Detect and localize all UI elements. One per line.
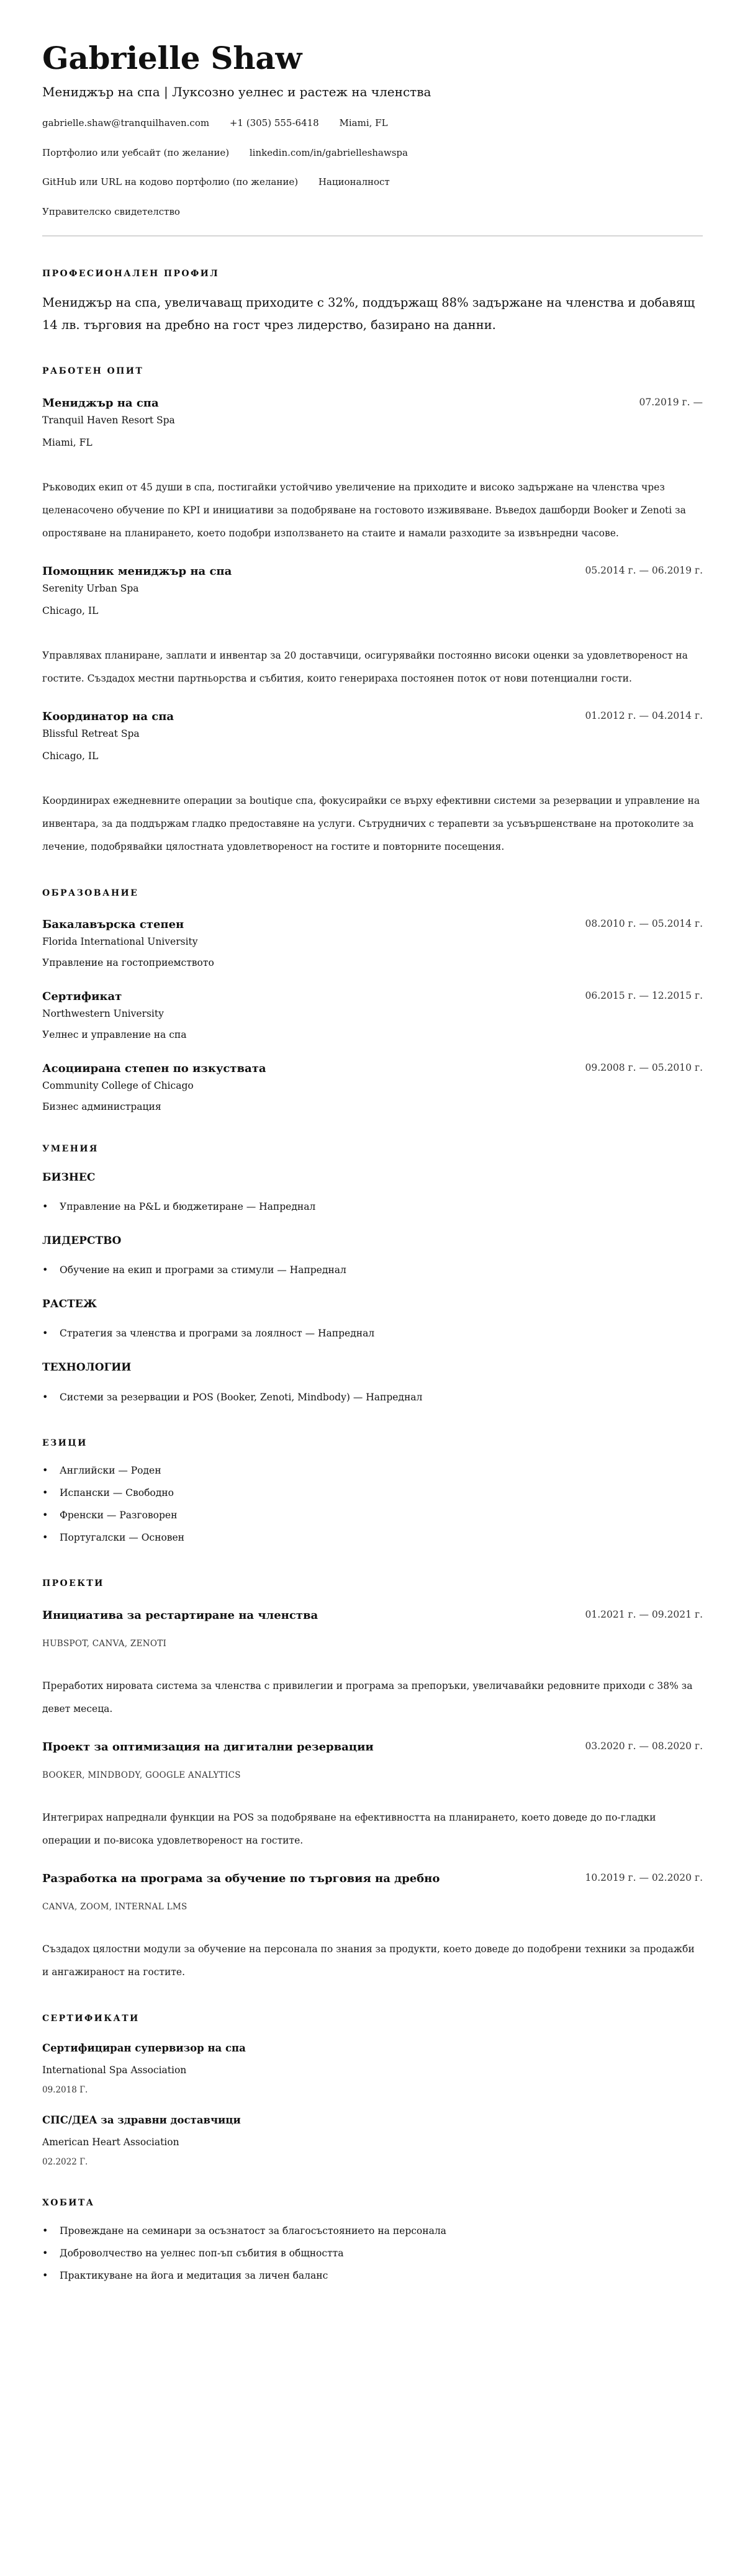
- hobbies-section: Хобита Провеждане на семинари за осъзнат…: [42, 2198, 703, 2287]
- school-name: Community College of Chicago: [42, 1078, 703, 1093]
- hobby-item: Доброволчество на уелнес поп-ъп събития …: [42, 2242, 703, 2264]
- school-name: Northwestern University: [42, 1006, 703, 1021]
- job-dates: 07.2019 г. —: [639, 394, 703, 410]
- experience-entry: Координатор на спа 01.2012 г. — 04.2014 …: [42, 708, 703, 858]
- portfolio-link[interactable]: Портфолио или уебсайт (по желание): [42, 147, 229, 158]
- github-link[interactable]: GitHub или URL на кодово портфолио (по ж…: [42, 176, 298, 187]
- education-dates: 06.2015 г. — 12.2015 г.: [585, 988, 703, 1004]
- certificate-entry: СПС/ДЕА за здравни доставчици American H…: [42, 2112, 703, 2168]
- job-dates: 01.2012 г. — 04.2014 г.: [585, 708, 703, 724]
- skill-item: Управление на P&L и бюджетиране — Напред…: [42, 1196, 703, 1218]
- header-divider: [42, 235, 703, 236]
- experience-entry: Мениджър на спа 07.2019 г. — Tranquil Ha…: [42, 394, 703, 545]
- project-tech-stack: HUBSPOT, CANVA, ZENOTI: [42, 1637, 703, 1650]
- degree-title: Асоциирана степен по изкуствата: [42, 1060, 266, 1078]
- education-entry: Сертификат 06.2015 г. — 12.2015 г. North…: [42, 988, 703, 1042]
- contact-line: Портфолио или уебсайт (по желание) linke…: [42, 147, 703, 160]
- language-item: Испански — Свободно: [42, 1482, 703, 1504]
- skill-group-title: ТЕХНОЛОГИИ: [42, 1361, 703, 1374]
- education-entry: Бакалавърска степен 08.2010 г. — 05.2014…: [42, 916, 703, 970]
- education-dates: 09.2008 г. — 05.2010 г.: [585, 1060, 703, 1076]
- resume-header: Gabrielle Shaw Мениджър на спа | Луксозн…: [42, 41, 703, 218]
- education-dates: 08.2010 г. — 05.2014 г.: [585, 916, 703, 932]
- degree-title: Сертификат: [42, 988, 122, 1006]
- project-tech-stack: CANVA, ZOOM, INTERNAL LMS: [42, 1901, 703, 1913]
- skill-group: ТЕХНОЛОГИИ Системи за резервации и POS (…: [42, 1361, 703, 1408]
- profile-summary: Мениджър на спа, увеличаващ приходите с …: [42, 292, 703, 336]
- section-title: Умения: [42, 1144, 703, 1155]
- degree-title: Бакалавърска степен: [42, 916, 184, 934]
- languages-section: Езици Английски — Роден Испански — Свобо…: [42, 1438, 703, 1549]
- job-description: Ръководих екип от 45 души в спа, постига…: [42, 476, 703, 545]
- field-of-study: Управление на гостоприемството: [42, 955, 703, 970]
- job-description: Координирах ежедневните операции за bout…: [42, 790, 703, 858]
- hobby-item: Провеждане на семинари за осъзнатост за …: [42, 2220, 703, 2242]
- skill-item: Системи за резервации и POS (Booker, Zen…: [42, 1386, 703, 1408]
- experience-section: Работен опит Мениджър на спа 07.2019 г. …: [42, 366, 703, 858]
- language-item: Френски — Разговорен: [42, 1504, 703, 1526]
- education-section: Образование Бакалавърска степен 08.2010 …: [42, 888, 703, 1115]
- certificate-issuer: International Spa Association: [42, 2063, 703, 2078]
- skill-group-title: ЛИДЕРСТВО: [42, 1234, 703, 1248]
- job-location: Chicago, IL: [42, 749, 703, 763]
- project-dates: 10.2019 г. — 02.2020 г.: [585, 1870, 703, 1886]
- location: Miami, FL: [340, 117, 388, 128]
- phone-number[interactable]: +1 (305) 555-6418: [230, 117, 319, 128]
- email-link[interactable]: gabrielle.shaw@tranquilhaven.com: [42, 117, 209, 128]
- job-location: Chicago, IL: [42, 603, 703, 618]
- projects-section: Проекти Инициатива за рестартиране на чл…: [42, 1578, 703, 1984]
- field-of-study: Уелнес и управление на спа: [42, 1027, 703, 1042]
- section-title: Образование: [42, 888, 703, 899]
- company-name: Serenity Urban Spa: [42, 581, 703, 596]
- section-title: Хобита: [42, 2198, 703, 2209]
- job-location: Miami, FL: [42, 435, 703, 450]
- linkedin-link[interactable]: linkedin.com/in/gabrielleshawspa: [250, 147, 408, 158]
- job-title: Помощник мениджър на спа: [42, 562, 232, 581]
- contact-info: gabrielle.shaw@tranquilhaven.com +1 (305…: [42, 117, 703, 218]
- section-title: Сертификати: [42, 2014, 703, 2024]
- hobby-item: Практикуване на йога и медитация за личе…: [42, 2264, 703, 2287]
- skill-item: Обучение на екип и програми за стимули —…: [42, 1259, 703, 1281]
- candidate-headline: Мениджър на спа | Луксозно уелнес и раст…: [42, 84, 703, 100]
- project-entry: Инициатива за рестартиране на членства 0…: [42, 1606, 703, 1721]
- certificate-name: Сертифициран супервизор на спа: [42, 2040, 703, 2056]
- certificate-name: СПС/ДЕА за здравни доставчици: [42, 2112, 703, 2128]
- contact-line: Управителско свидетелство: [42, 206, 703, 218]
- job-dates: 05.2014 г. — 06.2019 г.: [585, 562, 703, 579]
- section-title: Проекти: [42, 1578, 703, 1589]
- project-dates: 03.2020 г. — 08.2020 г.: [585, 1738, 703, 1754]
- section-title: Професионален профил: [42, 269, 703, 279]
- drivers-license: Управителско свидетелство: [42, 206, 180, 217]
- nationality: Националност: [318, 176, 390, 187]
- skill-item: Стратегия за членства и програми за лоял…: [42, 1322, 703, 1344]
- project-entry: Разработка на програма за обучение по тъ…: [42, 1870, 703, 1984]
- job-title: Координатор на спа: [42, 708, 174, 726]
- company-name: Tranquil Haven Resort Spa: [42, 413, 703, 428]
- section-title: Езици: [42, 1438, 703, 1449]
- job-description: Управлявах планиране, заплати и инвентар…: [42, 644, 703, 690]
- contact-line: GitHub или URL на кодово портфолио (по ж…: [42, 176, 703, 189]
- skill-group: БИЗНЕС Управление на P&L и бюджетиране —…: [42, 1171, 703, 1218]
- profile-section: Професионален профил Мениджър на спа, ув…: [42, 269, 703, 336]
- language-item: Португалски — Основен: [42, 1526, 703, 1549]
- certificate-entry: Сертифициран супервизор на спа Internati…: [42, 2040, 703, 2096]
- skill-group-title: БИЗНЕС: [42, 1171, 703, 1184]
- skill-group: ЛИДЕРСТВО Обучение на екип и програми за…: [42, 1234, 703, 1281]
- section-title: Работен опит: [42, 366, 703, 377]
- project-dates: 01.2021 г. — 09.2021 г.: [585, 1606, 703, 1623]
- certificate-issuer: American Heart Association: [42, 2135, 703, 2150]
- candidate-name: Gabrielle Shaw: [42, 41, 703, 75]
- language-item: Английски — Роден: [42, 1459, 703, 1482]
- project-name: Инициатива за рестартиране на членства: [42, 1606, 318, 1625]
- experience-entry: Помощник мениджър на спа 05.2014 г. — 06…: [42, 562, 703, 690]
- school-name: Florida International University: [42, 934, 703, 949]
- resume-page: Gabrielle Shaw Мениджър на спа | Луксозн…: [0, 0, 745, 2312]
- job-title: Мениджър на спа: [42, 394, 159, 413]
- skill-group-title: РАСТЕЖ: [42, 1297, 703, 1311]
- company-name: Blissful Retreat Spa: [42, 726, 703, 741]
- project-name: Разработка на програма за обучение по тъ…: [42, 1870, 440, 1888]
- project-description: Интегрирах напреднали функции на POS за …: [42, 1806, 703, 1852]
- project-description: Създадох цялостни модули за обучение на …: [42, 1938, 703, 1984]
- project-tech-stack: BOOKER, MINDBODY, GOOGLE ANALYTICS: [42, 1769, 703, 1781]
- contact-line: gabrielle.shaw@tranquilhaven.com +1 (305…: [42, 117, 703, 130]
- certificates-section: Сертификати Сертифициран супервизор на с…: [42, 2014, 703, 2168]
- skills-section: Умения БИЗНЕС Управление на P&L и бюджет…: [42, 1144, 703, 1408]
- project-description: Преработих нировата система за членства …: [42, 1675, 703, 1721]
- project-name: Проект за оптимизация на дигитални резер…: [42, 1738, 374, 1757]
- certificate-date: 09.2018 Г.: [42, 2084, 703, 2096]
- field-of-study: Бизнес администрация: [42, 1099, 703, 1114]
- skill-group: РАСТЕЖ Стратегия за членства и програми …: [42, 1297, 703, 1344]
- project-entry: Проект за оптимизация на дигитални резер…: [42, 1738, 703, 1852]
- education-entry: Асоциирана степен по изкуствата 09.2008 …: [42, 1060, 703, 1114]
- certificate-date: 02.2022 Г.: [42, 2156, 703, 2168]
